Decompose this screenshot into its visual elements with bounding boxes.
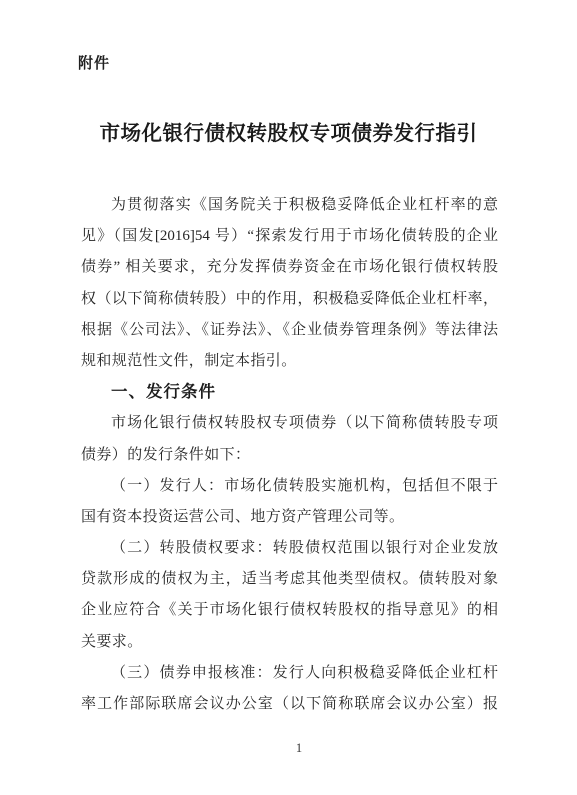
body-line: （一）发行人：市场化债转股实施机构，包括但不限于 xyxy=(81,471,498,502)
body-line: （二）转股债权要求：转股债权范围以银行对企业发放 xyxy=(81,533,498,564)
document-body: 为贯彻落实《国务院关于积极稳妥降低企业杠杆率的意 见》（国发[2016]54 号… xyxy=(81,190,498,720)
body-line: 贷款形成的债权为主，适当考虑其他类型债权。债转股对象 xyxy=(81,564,498,595)
body-line: 为贯彻落实《国务院关于积极稳妥降低企业杠杆率的意 xyxy=(81,190,498,221)
body-line: 企业应符合《关于市场化银行债权转股权的指导意见》的相 xyxy=(81,595,498,626)
body-line: 率工作部际联席会议办公室（以下简称联席会议办公室）报 xyxy=(81,689,498,720)
section-heading: 一、发行条件 xyxy=(81,377,498,408)
body-line: 权（以下简称债转股）中的作用，积极稳妥降低企业杠杆率， xyxy=(81,284,498,315)
attachment-label: 附件 xyxy=(78,54,110,74)
body-line: 规和规范性文件，制定本指引。 xyxy=(81,346,498,377)
document-title: 市场化银行债权转股权专项债券发行指引 xyxy=(0,121,577,147)
page-number: 1 xyxy=(292,740,306,756)
body-line: （三）债券申报核准：发行人向积极稳妥降低企业杠杆 xyxy=(81,658,498,689)
body-line: 关要求。 xyxy=(81,627,498,658)
body-line: 根据《公司法》、《证券法》、《企业债券管理条例》等法律法 xyxy=(81,315,498,346)
body-line: 国有资本投资运营公司、地方资产管理公司等。 xyxy=(81,502,498,533)
body-line: 债券” 相关要求，充分发挥债券资金在市场化银行债权转股 xyxy=(81,252,498,283)
document-page: 附件 市场化银行债权转股权专项债券发行指引 为贯彻落实《国务院关于积极稳妥降低企… xyxy=(0,0,577,795)
body-line: 市场化银行债权转股权专项债券（以下简称债转股专项 xyxy=(81,408,498,439)
body-line: 见》（国发[2016]54 号）“探索发行用于市场化债转股的企业 xyxy=(81,221,498,252)
body-line: 债券）的发行条件如下： xyxy=(81,440,498,471)
